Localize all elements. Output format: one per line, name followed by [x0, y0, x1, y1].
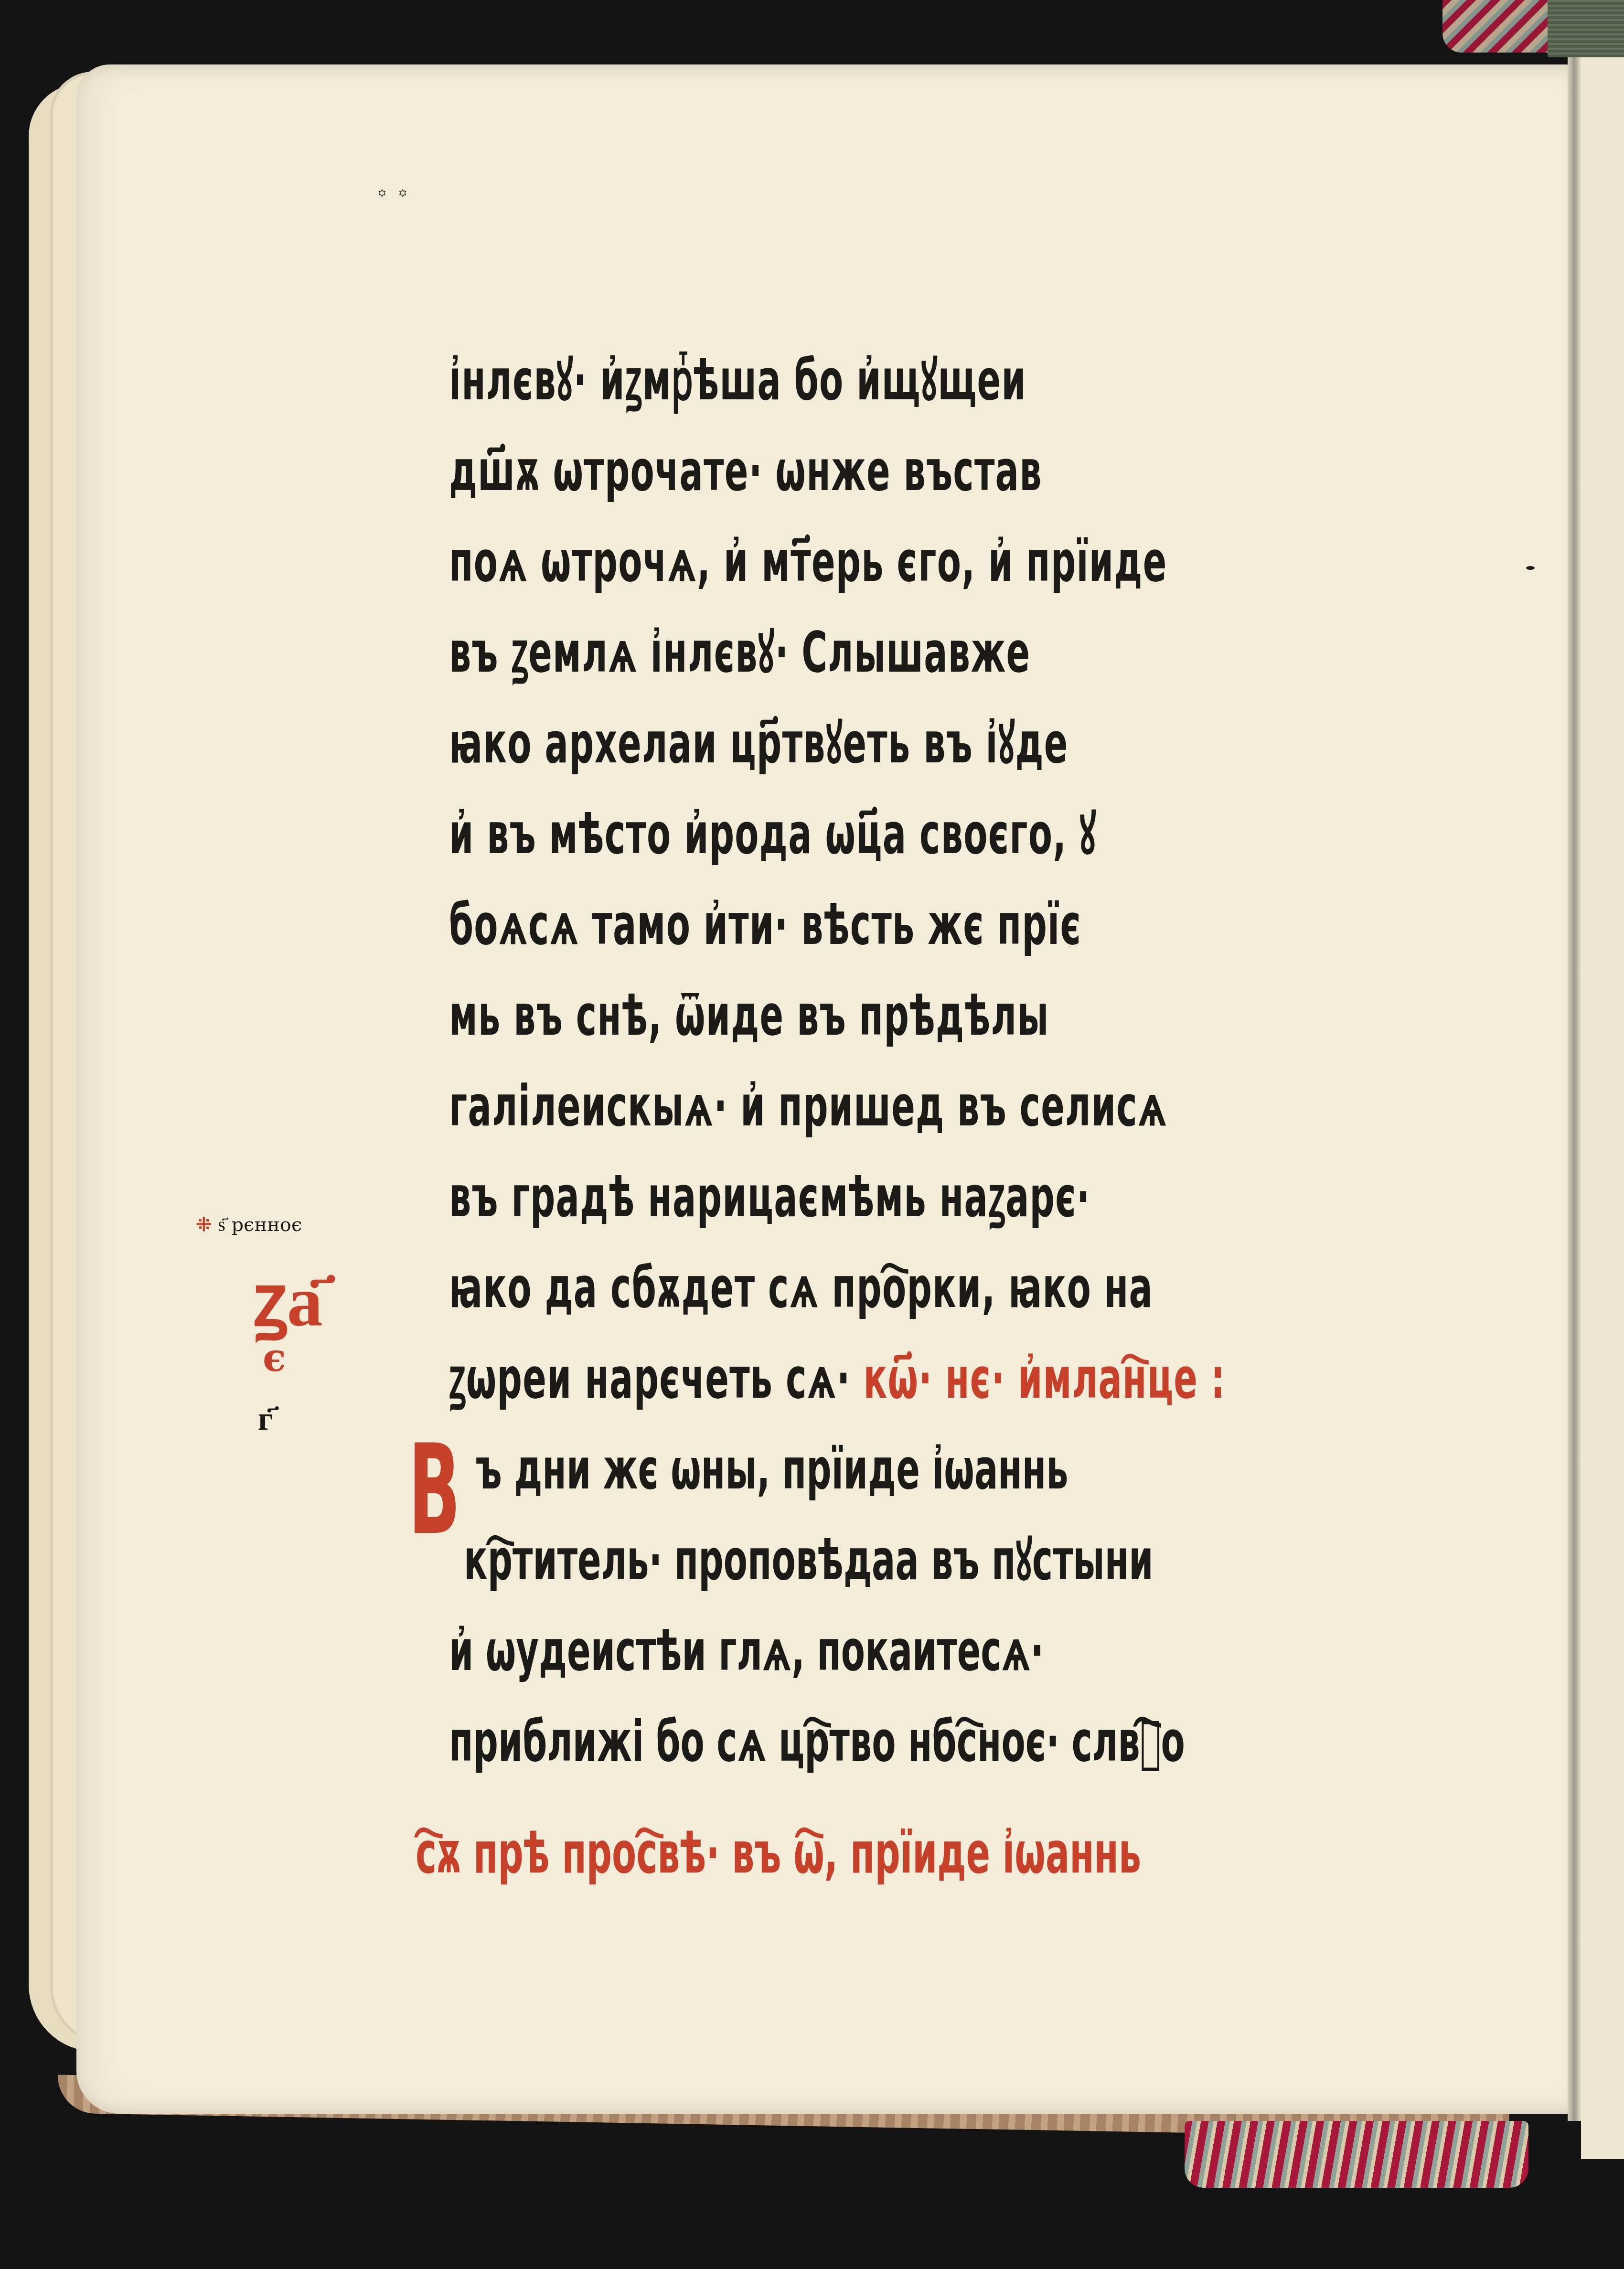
text-line: ꙗко архелаи цр҃твꙋеть въ і҆ꙋде	[449, 697, 1017, 788]
text-line: приближі бо сѧ цр҇тво нбс҇ноє· слвⷭ҇о	[449, 1696, 1017, 1787]
margin-sub-letter: є	[263, 1336, 339, 1379]
margin-word-text: ѕ҃ рєнноє	[218, 1214, 302, 1236]
text-line-with-rubric: ꙁѡреи нарєчеть сѧ· кѡ҃· нє· и҆млан҇це :	[449, 1333, 1017, 1423]
ink-speck	[1526, 566, 1535, 570]
text-segment: ꙁѡреи нарєчеть сѧ·	[449, 1345, 851, 1411]
spine-gutter	[1568, 57, 1581, 2121]
text-line: мь въ снѣ, ѿиде въ прѣдѣлы	[449, 970, 1017, 1060]
text-line: поѧ ѡтрочѧ, и҆ мт҃ерь єго, и҆ прїиде	[449, 516, 1017, 607]
red-marker-icon: ⁜	[196, 1213, 212, 1236]
text-line: галілеискыѧ· и҆ пришед въ селисѧ	[449, 1060, 1017, 1151]
text-line: въ ꙁемлѧ і҆нлєвꙋ· Слышавже	[449, 607, 1017, 697]
text-line: кр҇титель· проповѣдаа въ пꙋстыни	[449, 1514, 1017, 1605]
text-line: дш҃ѫ ѡтрочате· ѡнже въстав	[449, 425, 1017, 516]
cover-edge	[1548, 0, 1624, 57]
red-initial-letter: В	[408, 1428, 460, 1552]
text-line: ꙗко да сбѫдет сѧ про҇рки, ꙗко на	[449, 1242, 1017, 1333]
stray-ink-mark: ꙳ ꙳	[377, 184, 410, 207]
text-line: ъ дни жє ѡны, прїиде і҆ѡаннь	[449, 1423, 1017, 1514]
margin-word: ⁜ ѕ҃ рєнноє	[196, 1213, 339, 1236]
closing-rubric: с҇ѫ прѣ прос҇вѣ· въ ѡ҇, прїиде і҆ѡаннь	[416, 1806, 1141, 1901]
text-line: і҆нлєвꙋ· и҆ꙁмрⷮѣша бо и҆щꙋщеи	[449, 334, 1017, 425]
main-text-block: і҆нлєвꙋ· и҆ꙁмрⷮѣша бо и҆щꙋщеи дш҃ѫ ѡтроч…	[449, 334, 1366, 1787]
margin-annotation: ⁜ ѕ҃ рєнноє ꙁа҃ є г҃	[196, 1213, 339, 1438]
text-line: въ градѣ нарицаємѣмь наꙁарє·	[449, 1151, 1017, 1242]
text-line: боѧсѧ тамо и҆ти· вѣсть жє прїє	[449, 879, 1017, 970]
text-line: и҆ въ мѣсто и҆рода ѡц҃а своєго, ꙋ	[449, 788, 1017, 879]
facing-page-edge	[1581, 57, 1624, 2159]
margin-bottom-numeral: г҃	[258, 1398, 339, 1438]
headband-bottom	[1185, 2121, 1528, 2188]
text-line: и҆ ѡудеистѣи глѧ, покаитесѧ·	[449, 1605, 1017, 1696]
margin-reading-number: ꙁа҃	[253, 1264, 339, 1336]
rubric-inline: кѡ҃· нє· и҆млан҇це :	[864, 1345, 1226, 1411]
